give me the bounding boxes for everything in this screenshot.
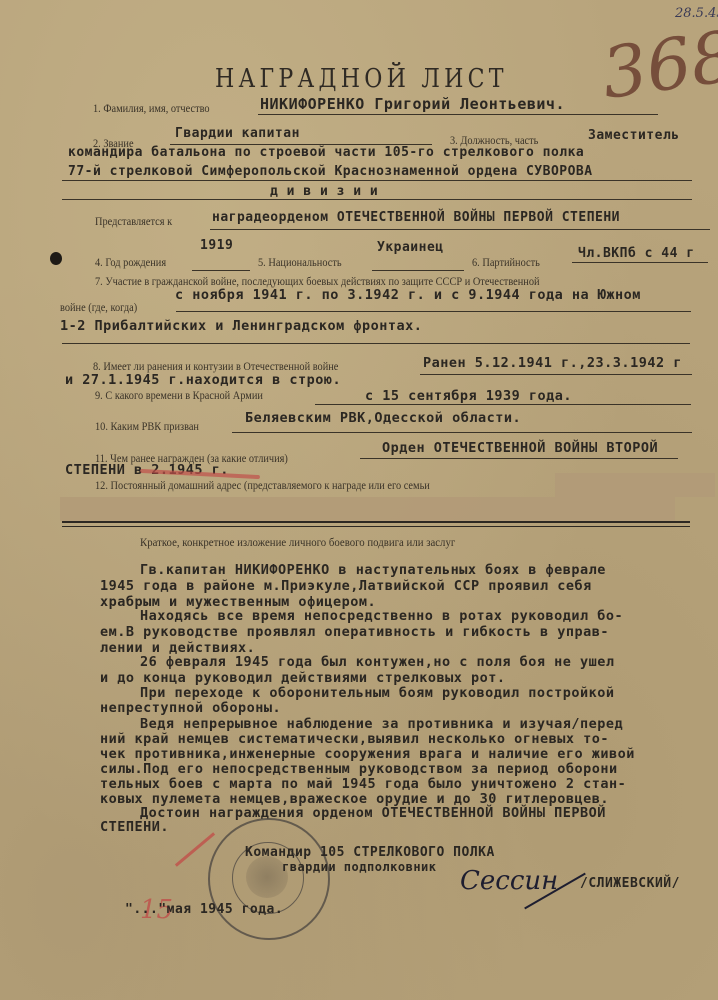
field-3-value-4: д и в и з и и	[270, 184, 378, 199]
summary-line: 26 февраля 1945 года был контужен,но с п…	[140, 654, 615, 670]
field-11-value-1: Орден ОТЕЧЕСТВЕННОЙ ВОЙНЫ ВТОРОЙ	[382, 440, 658, 456]
field-8-value-2: и 27.1.1945 г.находится в строю.	[65, 372, 341, 388]
signature-line-2: гвардии подполковник	[282, 860, 437, 874]
field-6-value: Чл.ВКПб с 44 г	[578, 246, 695, 261]
commander-name: /СЛИЖЕВСКИЙ/	[580, 876, 680, 891]
field-7-value-1: с ноября 1941 г. по 3.1942 г. и с 9.1944…	[175, 287, 641, 303]
summary-line: тельных боев с марта по май 1945 года бы…	[100, 776, 626, 792]
page-title: НАГРАДНОЙ ЛИСТ	[215, 64, 508, 94]
field-10-label: 10. Каким РВК призван	[95, 421, 199, 433]
field-4-label: 4. Год рождения	[95, 257, 166, 269]
summary-line: чек противника,инженерные сооружения вра…	[100, 746, 635, 762]
field-5-label: 5. Национальность	[258, 257, 342, 269]
handwritten-signature: Сессин	[460, 866, 558, 896]
redacted-address-2	[60, 497, 675, 521]
field-1-value: НИКИФОРЕНКО Григорий Леонтьевич.	[260, 95, 565, 113]
signature-line-1: Командир 105 СТРЕЛКОВОГО ПОЛКА	[245, 845, 495, 860]
field-2-value: Гвардии капитан	[175, 126, 300, 141]
field-6-label: 6. Партийность	[472, 257, 540, 269]
summary-line: и до конца руководил действиями стрелков…	[100, 670, 506, 686]
summary-line: силы.Под его непосредственным руководств…	[100, 761, 618, 777]
summary-line: Достоин награждения орденом ОТЕЧЕСТВЕННО…	[140, 805, 606, 821]
field-5-value: Украинец	[377, 240, 444, 255]
presented-value: наградеорденом ОТЕЧЕСТВЕННОЙ ВОЙНЫ ПЕРВО…	[212, 210, 620, 225]
summary-line: 1945 года в районе м.Приэкуле,Латвийской…	[100, 578, 592, 594]
field-9-value: с 15 сентября 1939 года.	[365, 388, 572, 404]
field-7-label-2: войне (где, когда)	[60, 302, 137, 314]
presented-label: Представляется к	[95, 216, 172, 228]
field-4-value: 1919	[200, 238, 233, 253]
field-10-value: Беляевским РВК,Одесской области.	[245, 410, 521, 426]
summary-line: Находясь все время непосредственно в рот…	[140, 608, 623, 624]
field-3-value-1: Заместитель	[588, 128, 680, 143]
field-7-value-2: 1-2 Прибалтийских и Ленинградском фронта…	[60, 318, 422, 334]
summary-line: При переходе к оборонительным боям руков…	[140, 685, 615, 701]
field-12-label: 12. Постоянный домашний адрес (представл…	[95, 480, 430, 492]
section-divider	[62, 521, 690, 527]
field-3-value-2: командира батальона по строевой части 10…	[68, 145, 584, 160]
hole-punch	[50, 252, 62, 265]
redacted-address-1	[555, 473, 715, 497]
corner-number: 368	[597, 15, 718, 115]
field-3-value-3: 77-й стрелковой Симферопольской Краснозн…	[68, 164, 593, 179]
summary-line: СТЕПЕНИ.	[100, 819, 169, 835]
summary-line: ний край немцев систематически,выявил не…	[100, 731, 609, 747]
field-1-label: 1. Фамилия, имя, отчество	[93, 103, 210, 115]
summary-line: Ведя непрерывное наблюдение за противник…	[140, 716, 623, 732]
field-8-value-1: Ранен 5.12.1941 г.,23.3.1942 г	[423, 355, 682, 371]
summary-line: ем.В руководстве проявлял оперативность …	[100, 624, 609, 640]
summary-line: непреступной обороны.	[100, 700, 281, 716]
summary-line: Гв.капитан НИКИФОРЕНКО в наступательных …	[140, 562, 606, 578]
official-seal-stamp	[208, 818, 330, 940]
field-9-label: 9. С какого времени в Красной Армии	[95, 390, 263, 402]
summary-heading: Краткое, конкретное изложение личного бо…	[140, 535, 455, 550]
red-check-mark	[175, 832, 215, 866]
signature-date: "..."мая 1945 года.	[125, 902, 283, 917]
